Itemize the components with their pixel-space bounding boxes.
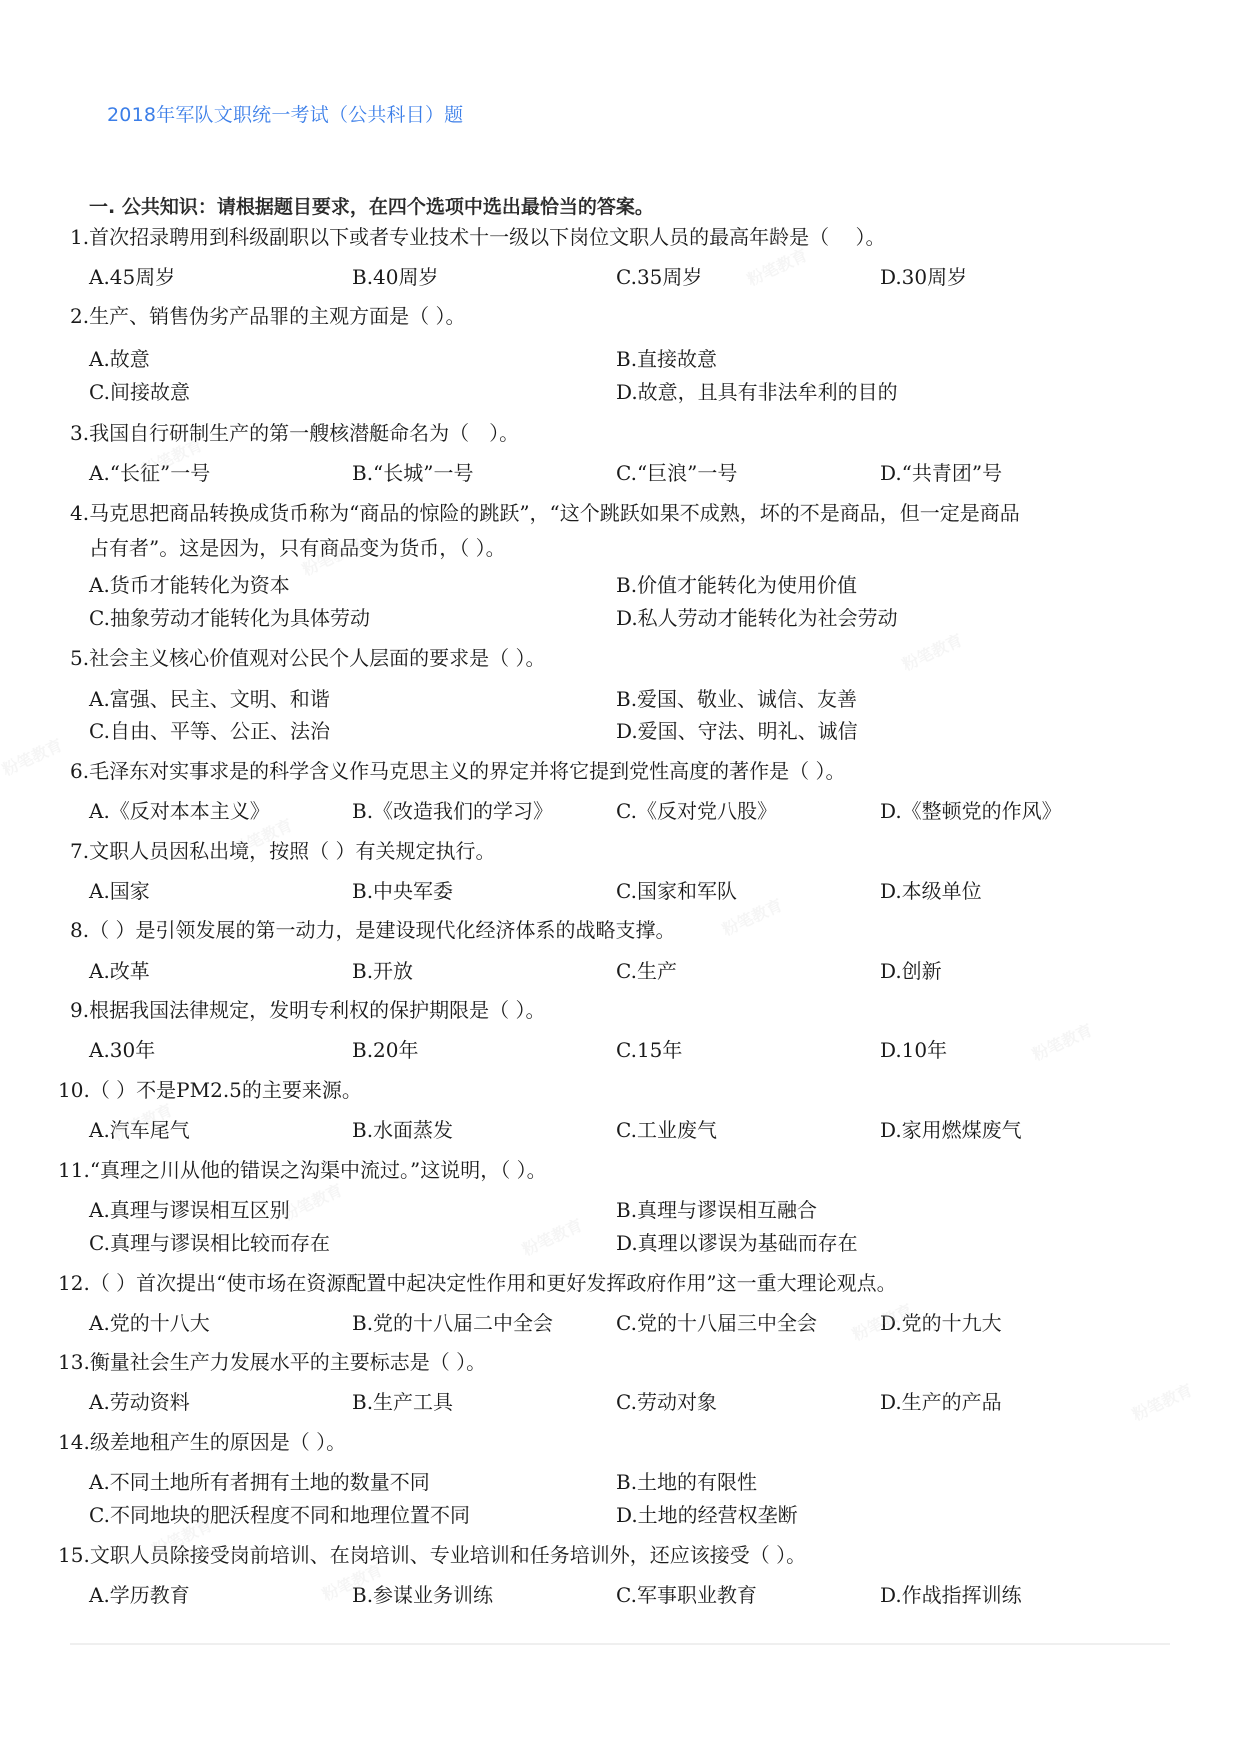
question-13-option-b: B.生产工具: [352, 1387, 453, 1417]
page-bottom-divider: [70, 1643, 1170, 1645]
question-4-option-c: C.抽象劳动才能转化为具体劳动: [89, 603, 370, 633]
question-3-option-d: D.“共青团”号: [880, 458, 1002, 488]
question-2-option-c: C.间接故意: [89, 377, 190, 407]
question-7-stem: 7.文职人员因私出境，按照（ ）有关规定执行。: [70, 835, 495, 867]
question-9-option-d: D.10年: [880, 1035, 947, 1065]
question-6-option-d: D.《整顿党的作风》: [880, 796, 1062, 826]
question-13-stem: 13.衡量社会生产力发展水平的主要标志是（ ）。: [58, 1346, 486, 1378]
question-6-stem: 6.毛泽东对实事求是的科学含义作马克思主义的界定并将它提到党性高度的著作是（ ）…: [70, 755, 845, 787]
page-title: 2018年军队文职统一考试（公共科目）题: [107, 100, 463, 127]
question-11-option-c: C.真理与谬误相比较而存在: [89, 1228, 330, 1258]
question-4-option-a: A.货币才能转化为资本: [89, 570, 290, 600]
question-10-option-b: B.水面蒸发: [352, 1115, 453, 1145]
question-7-option-c: C.国家和军队: [616, 876, 737, 906]
question-10-stem: 10.（ ）不是PM2.5的主要来源。: [58, 1074, 362, 1106]
question-4-stem-line2: 占有者”。这是因为，只有商品变为货币，（ ）。: [89, 532, 506, 564]
question-14-option-b: B.土地的有限性: [616, 1467, 757, 1497]
question-5-option-b: B.爱国、敬业、诚信、友善: [616, 684, 857, 714]
question-13-option-d: D.生产的产品: [880, 1387, 1002, 1417]
question-3-option-a: A.“长征”一号: [89, 458, 210, 488]
question-8-option-d: D.创新: [880, 956, 942, 986]
question-6-option-b: B.《改造我们的学习》: [352, 796, 553, 826]
question-8-option-a: A.改革: [89, 956, 150, 986]
question-11-stem: 11.“真理之川从他的错误之沟渠中流过。”这说明，（ ）。: [58, 1154, 547, 1186]
question-10-option-c: C.工业废气: [616, 1115, 717, 1145]
question-6-option-c: C.《反对党八股》: [616, 796, 777, 826]
question-3-option-c: C.“巨浪”一号: [616, 458, 737, 488]
question-1-option-c: C.35周岁: [616, 262, 702, 292]
question-14-stem: 14.级差地租产生的原因是（ ）。: [58, 1426, 346, 1458]
question-1-option-b: B.40周岁: [352, 262, 439, 292]
question-7-option-b: B.中央军委: [352, 876, 453, 906]
question-2-option-d: D.故意，且具有非法牟利的目的: [616, 377, 898, 407]
question-13-option-c: C.劳动对象: [616, 1387, 717, 1417]
question-14-option-d: D.土地的经营权垄断: [616, 1500, 798, 1530]
question-12-option-a: A.党的十八大: [89, 1308, 210, 1338]
question-5-stem: 5.社会主义核心价值观对公民个人层面的要求是（ ）。: [70, 642, 545, 674]
question-15-option-c: C.军事职业教育: [616, 1580, 757, 1610]
question-15-option-b: B.参谋业务训练: [352, 1580, 493, 1610]
question-5-option-c: C.自由、平等、公正、法治: [89, 716, 330, 746]
question-1-option-d: D.30周岁: [880, 262, 967, 292]
question-15-option-d: D.作战指挥训练: [880, 1580, 1022, 1610]
question-7-option-d: D.本级单位: [880, 876, 982, 906]
question-8-option-c: C.生产: [616, 956, 677, 986]
question-3-stem: 3.我国自行研制生产的第一艘核潜艇命名为（ ）。: [70, 417, 519, 449]
question-12-stem: 12.（ ）首次提出“使市场在资源配置中起决定性作用和更好发挥政府作用”这一重大…: [58, 1267, 897, 1299]
question-7-option-a: A.国家: [89, 876, 150, 906]
watermark: 粉笔教育: [518, 1213, 586, 1261]
watermark: 粉笔教育: [1128, 1378, 1196, 1426]
question-9-option-b: B.20年: [352, 1035, 419, 1065]
question-6-option-a: A.《反对本本主义》: [89, 796, 270, 826]
question-4-stem: 4.马克思把商品转换成货币称为“商品的惊险的跳跃”，“这个跳跃如果不成熟，坏的不…: [70, 497, 1020, 529]
question-11-option-d: D.真理以谬误为基础而存在: [616, 1228, 858, 1258]
question-9-stem: 9.根据我国法律规定，发明专利权的保护期限是（ ）。: [70, 994, 545, 1026]
question-15-option-a: A.学历教育: [89, 1580, 190, 1610]
question-12-option-b: B.党的十八届二中全会: [352, 1308, 553, 1338]
question-5-option-a: A.富强、民主、文明、和谐: [89, 684, 330, 714]
question-3-option-b: B.“长城”一号: [352, 458, 474, 488]
question-11-option-a: A.真理与谬误相互区别: [89, 1195, 290, 1225]
question-1-stem: 1.首次招录聘用到科级副职以下或者专业技术十一级以下岗位文职人员的最高年龄是（ …: [70, 221, 885, 253]
question-14-option-c: C.不同地块的肥沃程度不同和地理位置不同: [89, 1500, 470, 1530]
question-12-option-d: D.党的十九大: [880, 1308, 1002, 1338]
question-13-option-a: A.劳动资料: [89, 1387, 190, 1417]
question-4-option-d: D.私人劳动才能转化为社会劳动: [616, 603, 898, 633]
question-2-option-a: A.故意: [89, 344, 150, 374]
question-10-option-d: D.家用燃煤废气: [880, 1115, 1022, 1145]
question-2-stem: 2.生产、销售伪劣产品罪的主观方面是（ ）。: [70, 300, 465, 332]
question-11-option-b: B.真理与谬误相互融合: [616, 1195, 817, 1225]
question-4-option-b: B.价值才能转化为使用价值: [616, 570, 857, 600]
question-10-option-a: A.汽车尾气: [89, 1115, 190, 1145]
question-12-option-c: C.党的十八届三中全会: [616, 1308, 817, 1338]
question-5-option-d: D.爱国、守法、明礼、诚信: [616, 716, 858, 746]
watermark: 粉笔教育: [898, 628, 966, 676]
question-8-stem: 8.（ ）是引领发展的第一动力，是建设现代化经济体系的战略支撑。: [70, 914, 675, 946]
watermark: 粉笔教育: [1028, 1018, 1096, 1066]
question-1-option-a: A.45周岁: [89, 262, 175, 292]
section-heading: 一. 公共知识：请根据题目要求，在四个选项中选出最恰当的答案。: [89, 192, 654, 219]
question-9-option-a: A.30年: [89, 1035, 155, 1065]
question-14-option-a: A.不同土地所有者拥有土地的数量不同: [89, 1467, 430, 1497]
question-15-stem: 15.文职人员除接受岗前培训、在岗培训、专业培训和任务培训外，还应该接受（ ）。: [58, 1539, 806, 1571]
question-9-option-c: C.15年: [616, 1035, 682, 1065]
watermark: 粉笔教育: [0, 733, 66, 781]
question-8-option-b: B.开放: [352, 956, 413, 986]
question-2-option-b: B.直接故意: [616, 344, 717, 374]
